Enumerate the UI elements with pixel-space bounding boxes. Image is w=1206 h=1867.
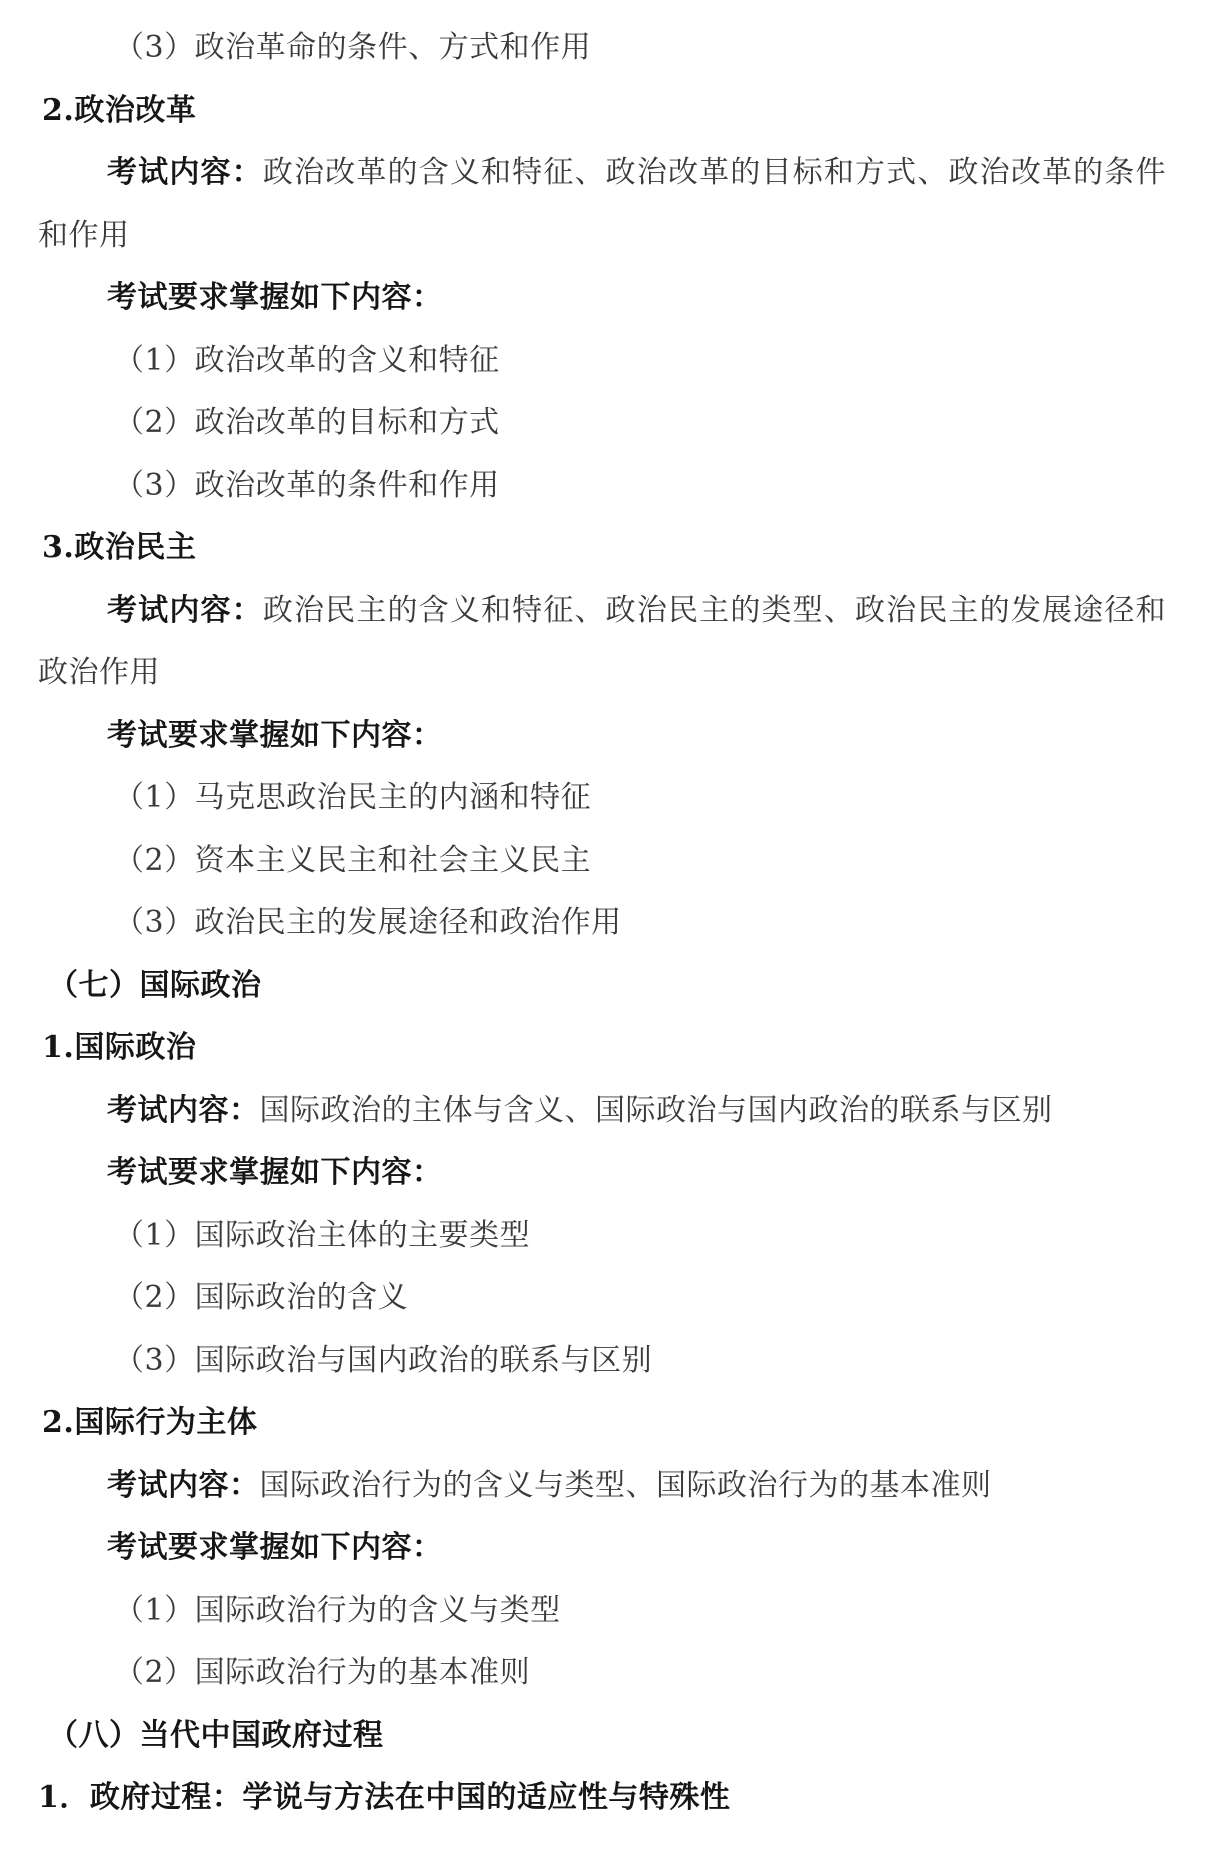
exam-content-paragraph: 考试内容：政治民主的含义和特征、政治民主的类型、政治民主的发展途径和政治作用 [38,580,1166,705]
numbered-heading: 2.国际行为主体 [38,1392,1166,1455]
numbered-heading: 2.政治改革 [38,80,1166,143]
exam-requirements-heading: 考试要求掌握如下内容： [38,1517,1166,1580]
exam-requirements-heading: 考试要求掌握如下内容： [38,705,1166,768]
exam-content-body: 国际政治行为的含义与类型、国际政治行为的基本准则 [260,1468,992,1503]
list-item: （3）政治革命的条件、方式和作用 [38,17,1166,80]
list-item: （3）政治改革的条件和作用 [38,455,1166,518]
list-item: （1）国际政治行为的含义与类型 [38,1580,1166,1643]
exam-requirements-heading: 考试要求掌握如下内容： [38,267,1166,330]
list-item: （2）政治改革的目标和方式 [38,392,1166,455]
list-item: （2）国际政治的含义 [38,1267,1166,1330]
exam-content-label: 考试内容： [107,1093,260,1128]
list-item: （2）资本主义民主和社会主义民主 [38,830,1166,893]
section-heading: （七）国际政治 [38,955,1166,1018]
list-item: （3）政治民主的发展途径和政治作用 [38,892,1166,955]
exam-content-body: 国际政治的主体与含义、国际政治与国内政治的联系与区别 [260,1093,1053,1128]
numbered-heading: 3.政治民主 [38,517,1166,580]
exam-content-paragraph: 考试内容：国际政治的主体与含义、国际政治与国内政治的联系与区别 [38,1080,1166,1143]
exam-content-label: 考试内容： [107,593,263,628]
list-item: （3）国际政治与国内政治的联系与区别 [38,1330,1166,1393]
section-heading: （八）当代中国政府过程 [38,1705,1166,1768]
list-item: （1）国际政治主体的主要类型 [38,1205,1166,1268]
exam-content-label: 考试内容： [107,155,263,190]
list-item: （2）国际政治行为的基本准则 [38,1642,1166,1705]
exam-content-paragraph: 考试内容：国际政治行为的含义与类型、国际政治行为的基本准则 [38,1455,1166,1518]
list-item: （1）马克思政治民主的内涵和特征 [38,767,1166,830]
exam-content-label: 考试内容： [107,1468,260,1503]
exam-requirements-heading: 考试要求掌握如下内容： [38,1142,1166,1205]
numbered-heading: 1.国际政治 [38,1017,1166,1080]
bold-title: 1．政府过程：学说与方法在中国的适应性与特殊性 [38,1767,1166,1830]
exam-content-paragraph: 考试内容：政治改革的含义和特征、政治改革的目标和方式、政治改革的条件和作用 [38,142,1166,267]
document-page: （3）政治革命的条件、方式和作用 2.政治改革 考试内容：政治改革的含义和特征、… [0,0,1206,1867]
list-item: （1）政治改革的含义和特征 [38,330,1166,393]
